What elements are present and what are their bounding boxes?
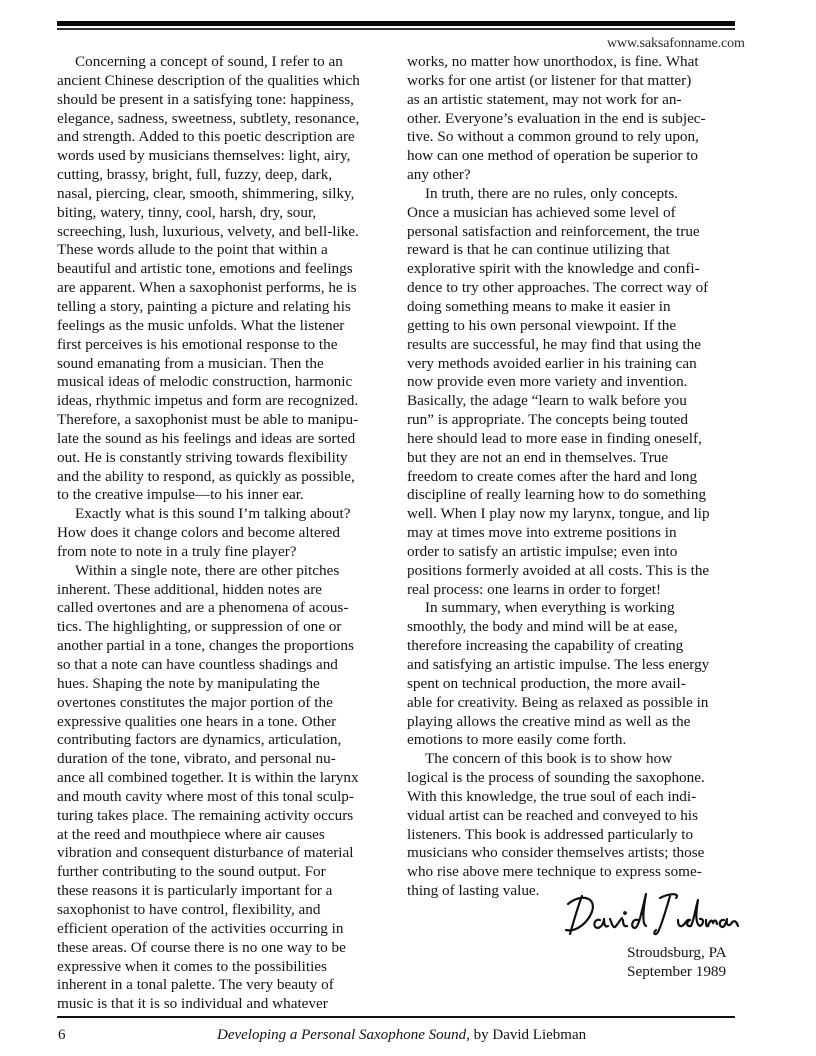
header-rule-thin — [57, 28, 735, 30]
text-line: ance all combined together. It is within… — [57, 769, 402, 788]
text-line: well. When I play now my larynx, tongue,… — [407, 505, 737, 524]
text-line: With this knowledge, the true soul of ea… — [407, 788, 737, 807]
text-line: turing takes place. The remaining activi… — [57, 807, 402, 826]
text-line: as an artistic statement, may not work f… — [407, 91, 737, 110]
signoff-location-date: Stroudsburg, PA September 1989 — [627, 943, 727, 981]
watermark-url: www.saksafonname.com — [607, 36, 745, 52]
text-line: reward is that he can continue utilizing… — [407, 241, 737, 260]
text-line: telling a story, painting a picture and … — [57, 298, 402, 317]
text-line: real process: one learns in order to for… — [407, 581, 737, 600]
text-line: ideas, rhythmic impetus and form are rec… — [57, 392, 402, 411]
text-line: contributing factors are dynamics, artic… — [57, 731, 402, 750]
text-line: now provide even more variety and invent… — [407, 373, 737, 392]
text-line: very methods avoided earlier in his trai… — [407, 355, 737, 374]
running-footer: Developing a Personal Saxophone Sound, b… — [217, 1027, 586, 1044]
text-line: listeners. This book is addressed partic… — [407, 826, 737, 845]
text-line: vibration and consequent disturbance of … — [57, 844, 402, 863]
text-line: works for one artist (or listener for th… — [407, 72, 737, 91]
text-line: Exactly what is this sound I’m talking a… — [57, 505, 402, 524]
byline: by David Liebman — [470, 1027, 586, 1043]
text-line: Basically, the adage “learn to walk befo… — [407, 392, 737, 411]
text-line: run” is appropriate. The concepts being … — [407, 411, 737, 430]
signature-image — [560, 890, 740, 940]
text-line: personal satisfaction and reinforcement,… — [407, 223, 737, 242]
text-line: able for creativity. Being as relaxed as… — [407, 694, 737, 713]
text-line: further contributing to the sound output… — [57, 863, 402, 882]
text-line: The concern of this book is to show how — [407, 750, 737, 769]
text-line: and satisfying an artistic impulse. The … — [407, 656, 737, 675]
text-line: tive. So without a common ground to rely… — [407, 128, 737, 147]
text-line: Concerning a concept of sound, I refer t… — [57, 53, 402, 72]
text-line: results are successful, he may find that… — [407, 336, 737, 355]
text-line: In summary, when everything is working — [407, 599, 737, 618]
text-line: late the sound as his feelings and ideas… — [57, 430, 402, 449]
text-line: cutting, brassy, bright, full, fuzzy, de… — [57, 166, 402, 185]
text-line: here should lead to more ease in finding… — [407, 430, 737, 449]
text-line: smoothly, the body and mind will be at e… — [407, 618, 737, 637]
right-text-column: works, no matter how unorthodox, is fine… — [407, 53, 737, 901]
footer-rule — [57, 1016, 735, 1018]
text-line: freedom to create comes after the hard a… — [407, 468, 737, 487]
left-text-column: Concerning a concept of sound, I refer t… — [57, 53, 402, 1014]
text-line: should be present in a satisfying tone: … — [57, 91, 402, 110]
text-line: these areas. Of course there is no one w… — [57, 939, 402, 958]
text-line: order to satisfy an artistic impulse; ev… — [407, 543, 737, 562]
text-line: expressive qualities one hears in a tone… — [57, 713, 402, 732]
text-line: who rise above mere technique to express… — [407, 863, 737, 882]
signoff-date: September 1989 — [627, 962, 727, 981]
text-line: works, no matter how unorthodox, is fine… — [407, 53, 737, 72]
text-line: and strength. Added to this poetic descr… — [57, 128, 402, 147]
text-line: In truth, there are no rules, only conce… — [407, 185, 737, 204]
text-line: other. Everyone’s evaluation in the end … — [407, 110, 737, 129]
text-line: musicians who consider themselves artist… — [407, 844, 737, 863]
text-line: but they are not an end in themselves. T… — [407, 449, 737, 468]
text-line: positions formerly avoided at all costs.… — [407, 562, 737, 581]
text-line: spent on technical production, the more … — [407, 675, 737, 694]
text-line: getting to his own personal viewpoint. I… — [407, 317, 737, 336]
text-line: saxophonist to have control, flexibility… — [57, 901, 402, 920]
text-line: Once a musician has achieved some level … — [407, 204, 737, 223]
text-line: out. He is constantly striving towards f… — [57, 449, 402, 468]
text-line: are apparent. When a saxophonist perform… — [57, 279, 402, 298]
text-line: words used by musicians themselves: ligh… — [57, 147, 402, 166]
text-line: therefore increasing the capability of c… — [407, 637, 737, 656]
text-line: inherent in a tonal palette. The very be… — [57, 976, 402, 995]
text-line: hues. Shaping the note by manipulating t… — [57, 675, 402, 694]
text-line: beautiful and artistic tone, emotions an… — [57, 260, 402, 279]
text-line: screeching, lush, luxurious, velvety, an… — [57, 223, 402, 242]
text-line: another partial in a tone, changes the p… — [57, 637, 402, 656]
text-line: Therefore, a saxophonist must be able to… — [57, 411, 402, 430]
text-line: ancient Chinese description of the quali… — [57, 72, 402, 91]
text-line: logical is the process of sounding the s… — [407, 769, 737, 788]
text-line: emotions to more easily come forth. — [407, 731, 737, 750]
text-line: so that a note can have countless shadin… — [57, 656, 402, 675]
text-line: doing something means to make it easier … — [407, 298, 737, 317]
text-line: duration of the tone, vibrato, and perso… — [57, 750, 402, 769]
text-line: inherent. These additional, hidden notes… — [57, 581, 402, 600]
text-line: dence to try other approaches. The corre… — [407, 279, 737, 298]
text-line: may at times move into extreme positions… — [407, 524, 737, 543]
text-line: and the ability to respond, as quickly a… — [57, 468, 402, 487]
text-line: These words allude to the point that wit… — [57, 241, 402, 260]
text-line: tics. The highlighting, or suppression o… — [57, 618, 402, 637]
text-line: elegance, sadness, sweetness, subtlety, … — [57, 110, 402, 129]
text-line: efficient operation of the activities oc… — [57, 920, 402, 939]
text-line: Within a single note, there are other pi… — [57, 562, 402, 581]
text-line: How does it change colors and become alt… — [57, 524, 402, 543]
signoff-place: Stroudsburg, PA — [627, 943, 727, 962]
text-line: and mouth cavity where most of this tona… — [57, 788, 402, 807]
text-line: these reasons it is particularly importa… — [57, 882, 402, 901]
book-title: Developing a Personal Saxophone Sound, — [217, 1027, 470, 1043]
page-number: 6 — [58, 1027, 66, 1044]
text-line: how can one method of operation be super… — [407, 147, 737, 166]
text-line: to the creative impulse—to his inner ear… — [57, 486, 402, 505]
text-line: any other? — [407, 166, 737, 185]
text-line: nasal, piercing, clear, smooth, shimmeri… — [57, 185, 402, 204]
header-rule-thick — [57, 21, 735, 26]
text-line: sound emanating from a musician. Then th… — [57, 355, 402, 374]
text-line: explorative spirit with the knowledge an… — [407, 260, 737, 279]
text-line: vidual artist can be reached and conveye… — [407, 807, 737, 826]
text-line: playing allows the creative mind as well… — [407, 713, 737, 732]
text-line: expressive when it comes to the possibil… — [57, 958, 402, 977]
text-line: from note to note in a truly fine player… — [57, 543, 402, 562]
text-line: called overtones and are a phenomena of … — [57, 599, 402, 618]
text-line: overtones constitutes the major portion … — [57, 694, 402, 713]
text-line: first perceives is his emotional respons… — [57, 336, 402, 355]
text-line: at the reed and mouthpiece where air cau… — [57, 826, 402, 845]
text-line: biting, watery, tinny, cool, harsh, dry,… — [57, 204, 402, 223]
text-line: musical ideas of melodic construction, h… — [57, 373, 402, 392]
text-line: feelings as the music unfolds. What the … — [57, 317, 402, 336]
text-line: discipline of really learning how to do … — [407, 486, 737, 505]
text-line: music is that it is so individual and wh… — [57, 995, 402, 1014]
